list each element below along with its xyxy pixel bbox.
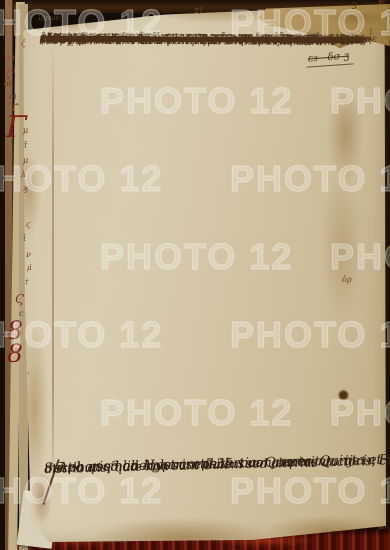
margin-mark: ν <box>26 251 31 259</box>
margin-mark: ὁρ <box>342 276 352 284</box>
margin-mark: τ̄ <box>23 142 27 150</box>
margin-mark: ϛ̔ <box>21 40 25 48</box>
margin-mark: οι <box>9 93 17 101</box>
margin-mark: † <box>25 279 29 286</box>
margin-mark: ρο <box>5 54 15 62</box>
folio-number: 3 <box>351 2 357 12</box>
page-crease <box>52 40 54 470</box>
margin-mark: 8 <box>7 341 23 366</box>
greek-line: τέροισι κατάρροοι ξυντόμως ἀπολλύντες· π… <box>40 33 367 46</box>
top-center-mark: τ) <box>194 6 203 16</box>
manuscript-photo: ἱππων τ) 3 1 εϧ—δσ ʒ † ἀρχὴ σὺν θῶ τοῦ γ… <box>0 0 390 550</box>
margin-mark: Ϛ <box>15 293 24 305</box>
margin-mark: μ <box>23 127 28 135</box>
margin-mark: ϗ <box>23 185 28 193</box>
margin-mark: μ <box>23 157 28 165</box>
faded-inscription: ἱππων <box>38 13 60 22</box>
margin-mark: ὧ <box>4 80 11 89</box>
margin-mark: · <box>27 370 30 379</box>
margin-mark: ϛ <box>26 221 30 229</box>
margin-mark: λ <box>21 171 26 179</box>
greek-text-block: † ἀρχὴ σὺν θῶ τοῦ γ´ τμήματος πράξις α´ … <box>40 33 342 34</box>
margin-mark: ἀϋ <box>5 67 15 75</box>
margin-mark: μ̓ <box>27 265 32 272</box>
margin-mark: ἰ <box>23 235 26 243</box>
